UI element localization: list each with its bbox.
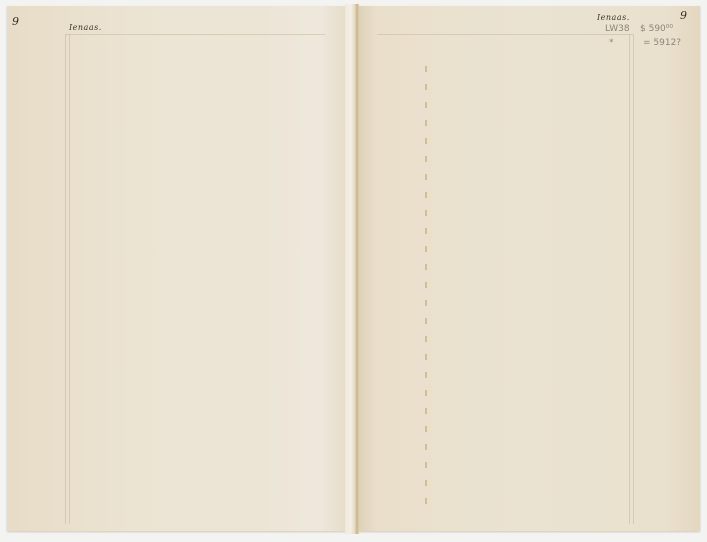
right-folio-number: 9: [680, 9, 687, 22]
right-plate-line: [377, 34, 633, 35]
book-gutter: [345, 4, 359, 534]
left-plate-line: [69, 34, 70, 524]
right-plate-line: [633, 34, 634, 524]
pencil-note: = 5912?: [643, 38, 681, 48]
foxing-line: [425, 66, 427, 506]
pencil-note: $ 590⁰⁰: [640, 24, 673, 34]
right-running-header: Ienaas.: [597, 13, 630, 22]
right-plate-line: [629, 34, 630, 524]
left-plate-line: [65, 34, 325, 35]
right-page: Ienaas. 9 LW38 $ 590⁰⁰ * = 5912?: [357, 6, 700, 531]
left-running-header: Ienaas.: [69, 23, 102, 32]
left-page: 9 Ienaas.: [7, 6, 347, 531]
pencil-note: LW38: [605, 24, 630, 34]
pencil-note: *: [609, 38, 614, 48]
book-spread: 9 Ienaas. Ienaas. 9 LW38 $ 590⁰⁰ * = 591…: [7, 6, 700, 531]
left-plate-line: [65, 34, 66, 524]
left-folio-number: 9: [12, 15, 19, 28]
